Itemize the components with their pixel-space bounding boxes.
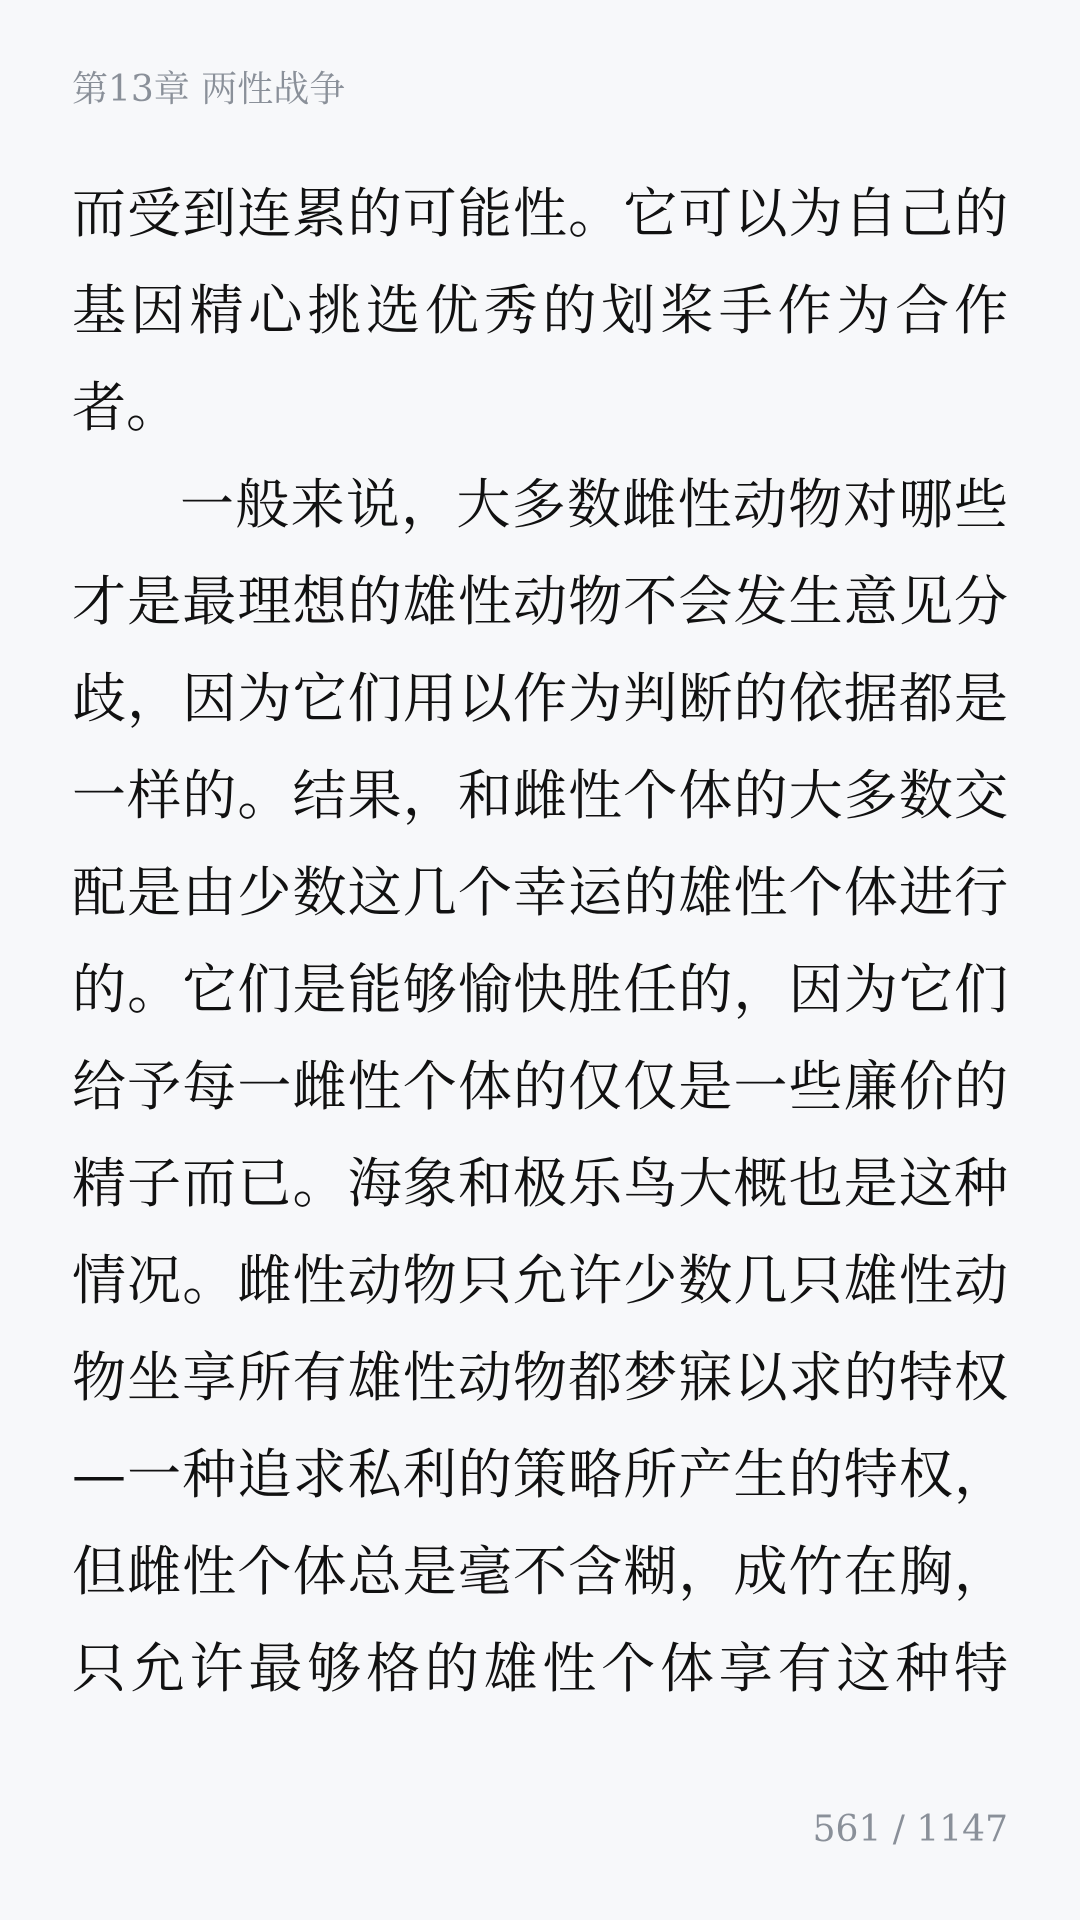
page-indicator: 561 / 1147 (813, 1806, 1008, 1854)
text-line: 只允许最够格的雄性个体享有这种特 (72, 1620, 1008, 1717)
text-line: 歧，因为它们用以作为判断的依据都是 (72, 650, 1008, 747)
text-line: 才是最理想的雄性动物不会发生意见分 (72, 553, 1008, 650)
text-line-paragraph-end: 者。 (72, 359, 1012, 456)
text-line: 情况。雌性动物只允许少数几只雄性动 (72, 1232, 1008, 1329)
text-line: 一样的。结果，和雌性个体的大多数交 (72, 747, 1008, 844)
text-line: 而受到连累的可能性。它可以为自己的 (72, 165, 1008, 262)
reading-page-body[interactable]: 而受到连累的可能性。它可以为自己的 基因精心挑选优秀的划桨手作为合作 者。 一般… (72, 165, 1012, 1717)
text-line: 配是由少数这几个幸运的雄性个体进行 (72, 844, 1008, 941)
chapter-title: 第13章 两性战争 (72, 66, 345, 114)
text-line: —一种追求私利的策略所产生的特权， (72, 1426, 1008, 1523)
text-line: 物坐享所有雄性动物都梦寐以求的特权 (72, 1329, 1008, 1426)
text-line: 基因精心挑选优秀的划桨手作为合作 (72, 262, 1008, 359)
text-line: 给予每一雌性个体的仅仅是一些廉价的 (72, 1038, 1008, 1135)
text-line: 精子而已。海象和极乐鸟大概也是这种 (72, 1135, 1008, 1232)
text-line-paragraph-start: 一般来说，大多数雌性动物对哪些 (72, 456, 1008, 553)
text-line: 的。它们是能够愉快胜任的，因为它们 (72, 941, 1008, 1038)
text-line: 但雌性个体总是毫不含糊，成竹在胸， (72, 1523, 1008, 1620)
